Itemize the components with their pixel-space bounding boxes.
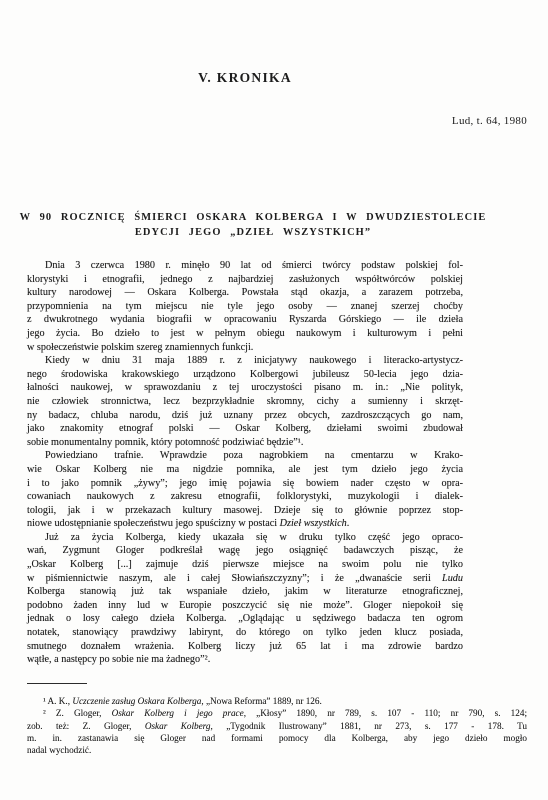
- footnote-line: ¹ A. K., Uczczenie zasług Oskara Kolberg…: [27, 695, 527, 707]
- body-line: „Oskar Kolberg [...] zajmuje dziś pierws…: [27, 558, 463, 572]
- body-line: tologii, jak i w przekazach kultury maso…: [27, 504, 463, 518]
- body-line: jego życia. Bo dzieło to jest w pełnym o…: [27, 327, 463, 341]
- paragraph: ² Z. Gloger, Oskar Kolberg i jego prace,…: [27, 707, 527, 756]
- body-line: niowe udostępnianie społeczeństwu jego s…: [27, 517, 463, 531]
- body-line: łalności naukowej, w sprawozdaniu z tej …: [27, 381, 463, 395]
- body-line: cowaniach naukowych z zakresu etnografii…: [27, 490, 463, 504]
- body-line: Kiedy w dniu 31 maja 1889 r. z inicjatyw…: [27, 354, 463, 368]
- body-line: Powiedziano trafnie. Wprawdzie poza nagr…: [27, 449, 463, 463]
- article-heading-line-2: EDYCJI JEGO „DZIEŁ WSZYSTKICH”: [135, 226, 371, 241]
- body-line: w społeczeństwie polskim szereg znamienn…: [27, 341, 463, 355]
- body-line: wie Oskar Kolberg nie ma nigdzie pomnika…: [27, 463, 463, 477]
- body-line: jednak o losy całego dzieła Kolberga. „O…: [27, 612, 463, 626]
- italic-phrase: Ludu: [442, 573, 463, 584]
- italic-phrase: Uczczenie zasług Oskara Kolberga: [72, 696, 201, 706]
- body-line: jako znakomity etnograf polski — Oskar K…: [27, 422, 463, 436]
- body-line: kultury narodowej — Oskara Kolberga. Pow…: [27, 286, 463, 300]
- body-text: Dnia 3 czerwca 1980 r. minęło 90 lat od …: [27, 259, 463, 667]
- body-line: Dnia 3 czerwca 1980 r. minęło 90 lat od …: [27, 259, 463, 273]
- article-heading: W 90 ROCZNICĘ ŚMIERCI OSKARA KOLBERGA I …: [8, 211, 498, 240]
- italic-phrase: Dzieł wszystkich: [280, 518, 347, 529]
- body-line: wątłe, a następcy po sobie nie ma żadneg…: [27, 653, 463, 667]
- body-line: w piśmiennictwie naszym, ale i całej Sło…: [27, 572, 463, 586]
- article-heading-line-1: W 90 ROCZNICĘ ŚMIERCI OSKARA KOLBERGA I …: [20, 211, 487, 226]
- body-line: przypomnienia na tym miejscu nie tyle je…: [27, 300, 463, 314]
- footnotes: ¹ A. K., Uczczenie zasług Oskara Kolberg…: [27, 695, 527, 756]
- body-line: sobie monumentalny pomnik, który potomno…: [27, 436, 463, 450]
- body-line: nie człowiek stronnictwa, lecz bezprzykł…: [27, 395, 463, 409]
- body-line: smutnego doznałem wrażenia. Kolberg licz…: [27, 640, 463, 654]
- section-title: V. KRONIKA: [0, 70, 490, 86]
- scanned-journal-page: V. KRONIKA Lud, t. 64, 1980 W 90 ROCZNIC…: [0, 0, 548, 800]
- paragraph: Kiedy w dniu 31 maja 1889 r. z inicjatyw…: [27, 354, 463, 449]
- footnote-line: m. in. zastanawia się Gloger nad formami…: [27, 732, 527, 744]
- body-line: i to jako pomnik „żywy”; jego imię pojaw…: [27, 477, 463, 491]
- paragraph: Dnia 3 czerwca 1980 r. minęło 90 lat od …: [27, 259, 463, 354]
- paragraph: Już za życia Kolberga, kiedy ukazała się…: [27, 531, 463, 667]
- footnote-line: ² Z. Gloger, Oskar Kolberg i jego prace,…: [27, 707, 527, 719]
- paragraph: ¹ A. K., Uczczenie zasług Oskara Kolberg…: [27, 695, 527, 707]
- body-line: podobno żaden inny lud w Europie poszczy…: [27, 599, 463, 613]
- italic-phrase: Oskar Kolberg i jego prace: [112, 708, 244, 718]
- italic-phrase: Oskar Kolberg: [145, 721, 211, 731]
- footnote-line: nadal wychodzić.: [27, 744, 527, 756]
- paragraph: Powiedziano trafnie. Wprawdzie poza nagr…: [27, 449, 463, 531]
- body-line: Kolberga stanowią już tak wspaniałe dzie…: [27, 585, 463, 599]
- body-line: ny badacz, chluba narodu, dziś już uznan…: [27, 409, 463, 423]
- journal-reference: Lud, t. 64, 1980: [452, 115, 527, 127]
- footnote-line: zob. też: Z. Gloger, Oskar Kolberg, „Tyg…: [27, 720, 527, 732]
- body-line: wań, Zygmunt Gloger podkreślał wagę jego…: [27, 544, 463, 558]
- footnote-separator: [27, 683, 87, 684]
- body-line: z dwukrotnego wydania biografii w opraco…: [27, 313, 463, 327]
- body-line: nego środowiska krakowskiego urządzono K…: [27, 368, 463, 382]
- body-line: klorystyki i etnografii, jednego z najba…: [27, 273, 463, 287]
- body-line: notatek, stanowiący prawdziwy labirynt, …: [27, 626, 463, 640]
- body-line: Już za życia Kolberga, kiedy ukazała się…: [27, 531, 463, 545]
